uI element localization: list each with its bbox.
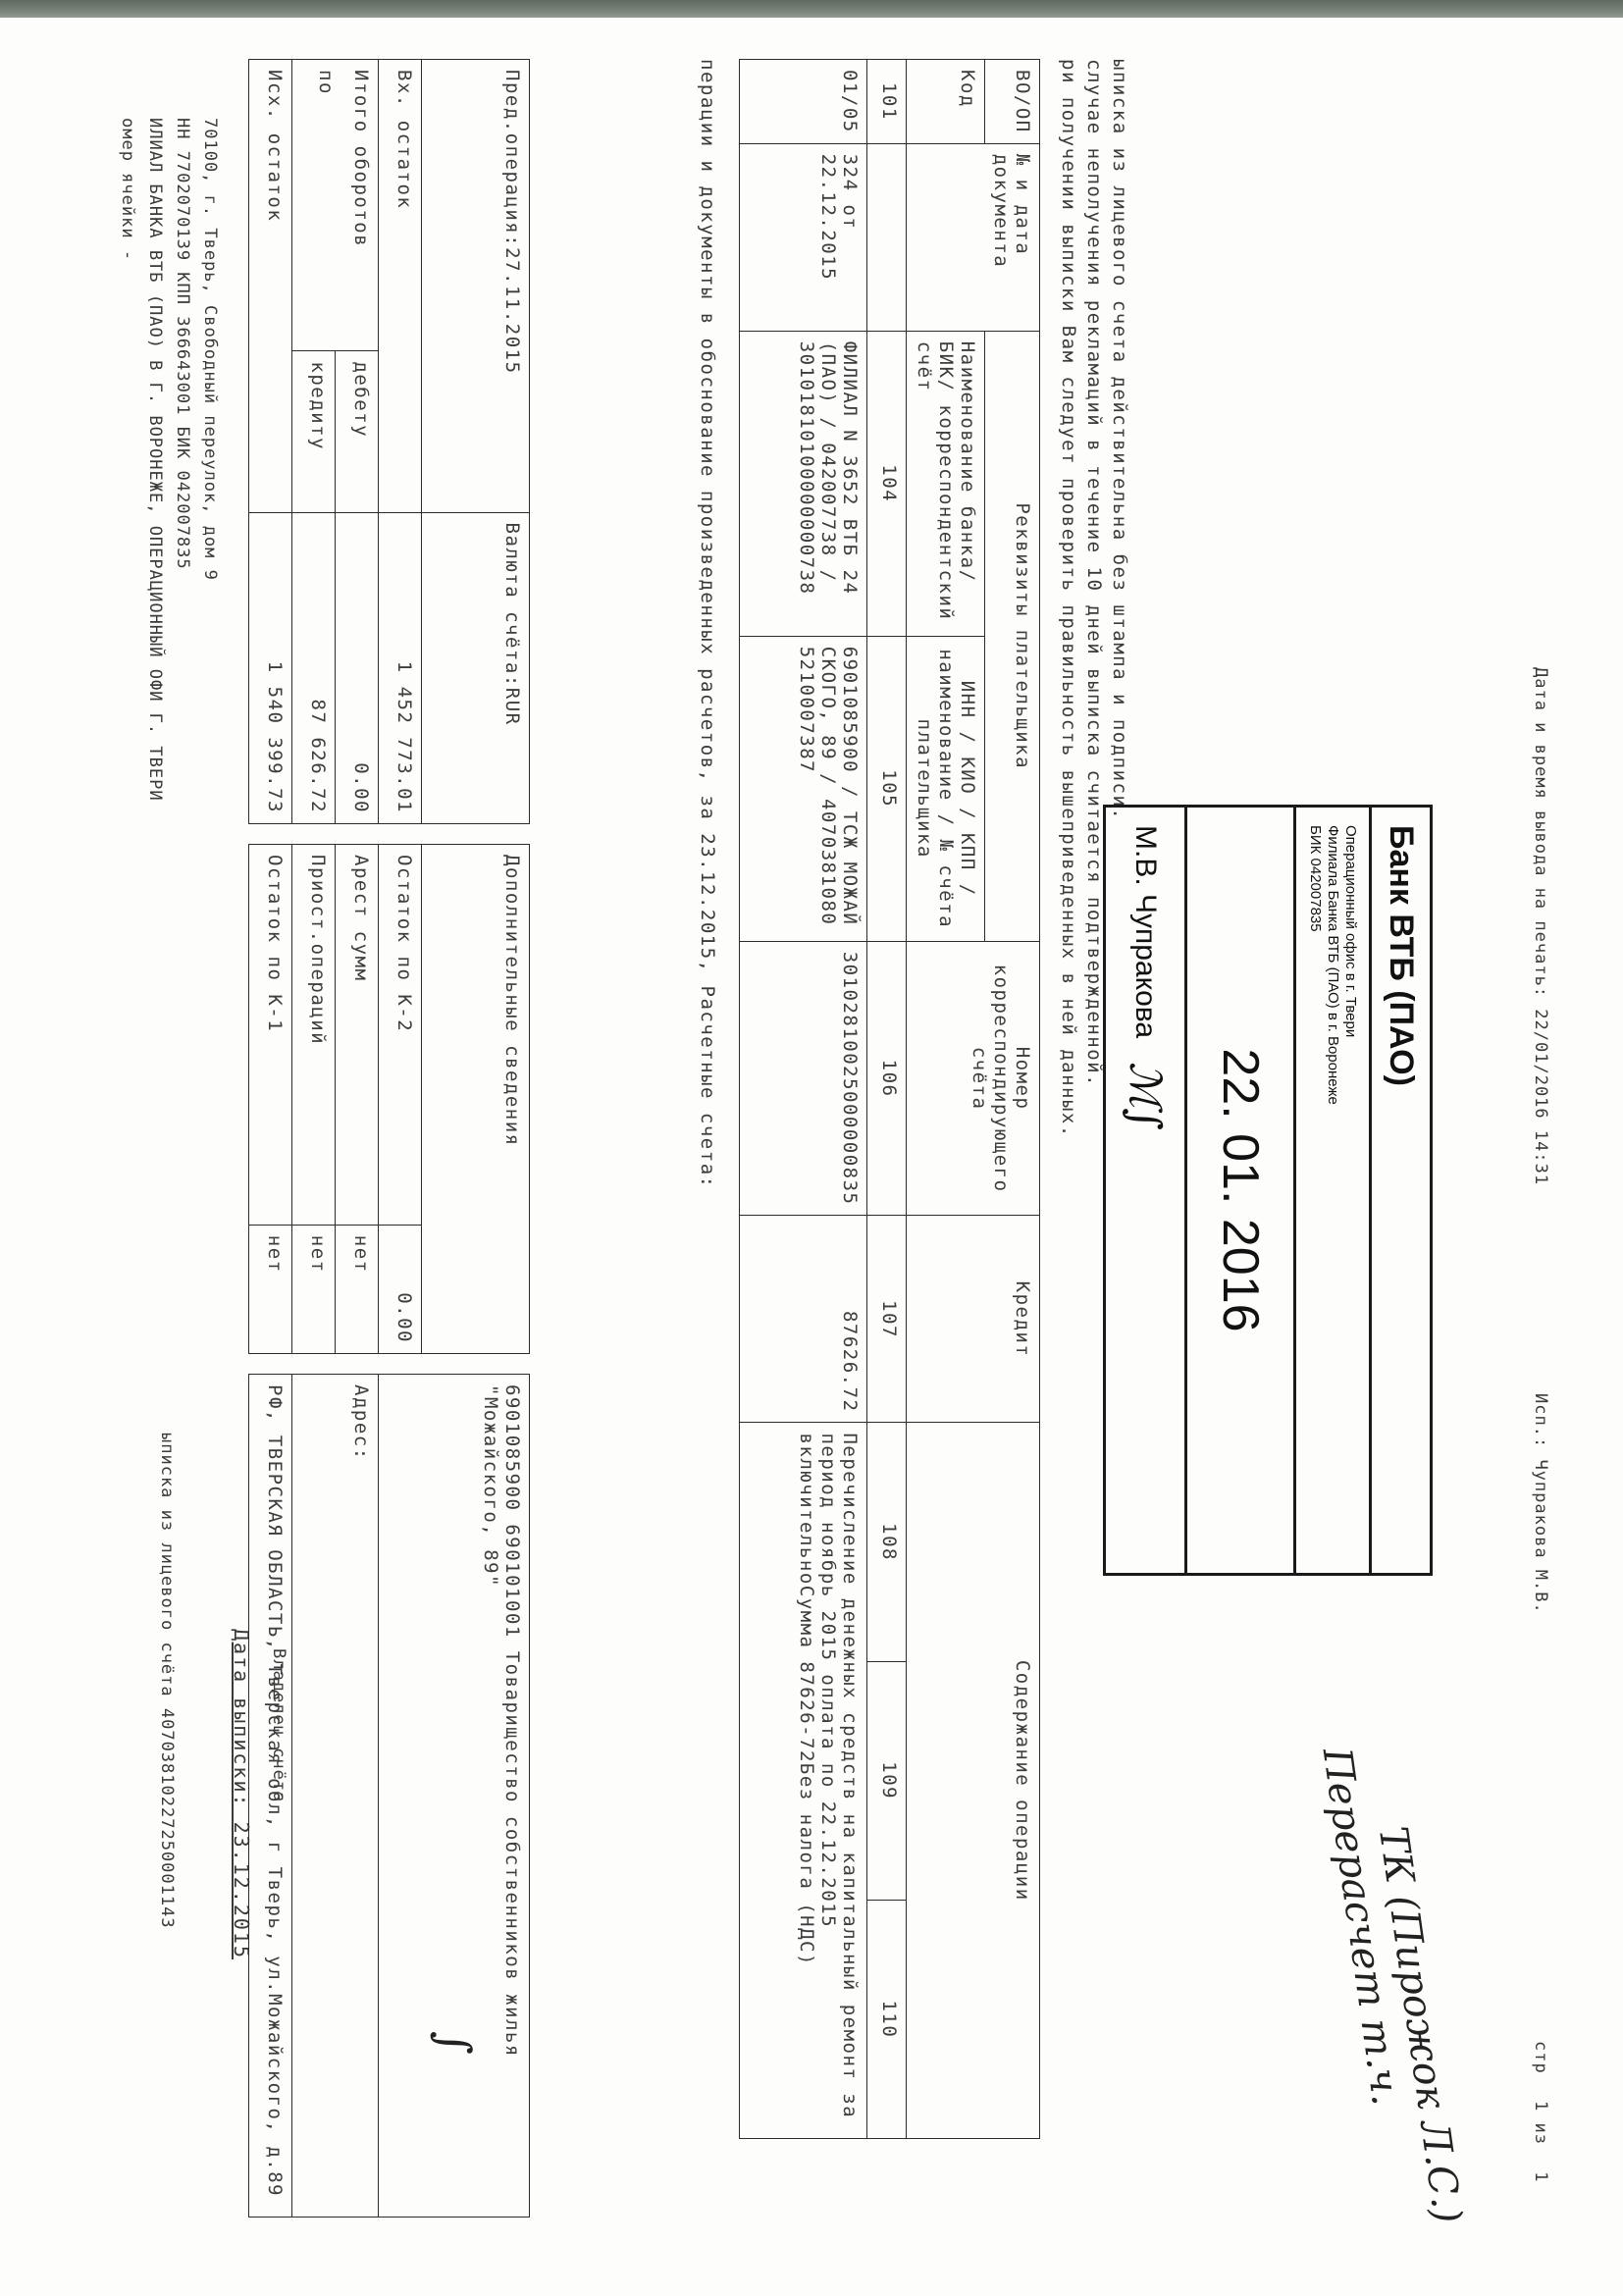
header-doc: № и дата документа [907, 143, 1040, 331]
turnover-label-text: Итого оборотов [350, 70, 372, 340]
operations-table: ВО/ОП № и дата документа Реквизиты плате… [739, 59, 1040, 2139]
credit-value: 87 626.72 [292, 512, 336, 823]
inn-line: НН 7702070139 КПП 366643001 БИК 04200783… [173, 118, 192, 570]
notice-line-2: случае неполучения рекламаций в течение … [1083, 59, 1105, 1087]
additional-info-table: Дополнительные сведения Остаток по К-2 0… [248, 844, 530, 1354]
operations-caption: перации и документы в обоснование произв… [697, 59, 718, 1189]
row-vo-op: 01/05 [740, 60, 867, 144]
cell-number-label: омер ячейки - [118, 118, 137, 261]
debit-value: 0.00 [336, 512, 379, 823]
row-doc: 324 от 22.12.2015 [740, 143, 867, 331]
page-current: 1 [1531, 2101, 1550, 2112]
print-datetime: Дата и время вывода на печать: 22/01/201… [1531, 667, 1550, 1185]
k1-value: нет [249, 1225, 292, 1353]
arrest-value: нет [336, 1225, 379, 1353]
balance-table: Пред.операция:27.11.2015 Валюта счёта:RU… [248, 59, 530, 824]
stamp-date: 22. 01. 2016 [1184, 808, 1293, 1573]
stamp-office-line-2: Филиала Банка ВТБ (ПАО) в г. Воронеже [1324, 825, 1341, 1555]
header-credit: Кредит [907, 1216, 1040, 1423]
opening-balance-label: Вх. остаток [379, 60, 422, 513]
header-vo-op: ВО/ОП [985, 60, 1040, 144]
address-line: 70100, г. Тверь, Свободный переулок, дом… [200, 118, 220, 581]
row-payer: 6901085900 / ТСЖ МОЖАЙСКОГО, 89 / 407038… [740, 636, 867, 941]
header-corr-account: Номер корреспондирующего счёта [907, 941, 1040, 1216]
executor: Исп.: Чупракова М.В. [1531, 1393, 1550, 1614]
page-label: стр [1531, 2041, 1550, 2074]
notice-line-3: ыписка из лицевого счета действительна б… [1109, 59, 1130, 820]
currency: Валюта счёта:RUR [422, 512, 530, 823]
turnover-by-label: по [315, 70, 337, 340]
k2-label: Остаток по К-2 [379, 845, 422, 1226]
bank-stamp: Банк ВТБ (ПАО) Операционный офис в г. Тв… [1103, 805, 1433, 1576]
opening-balance: 1 452 773.01 [379, 512, 422, 823]
row-credit: 87626.72 [740, 1216, 867, 1423]
stamp-office-line-3: БИК 042007835 [1306, 825, 1324, 1555]
suspend-value: нет [292, 1225, 336, 1353]
header-inn-name: ИНН / КИО / КПП / наименование / № счёта… [907, 636, 985, 941]
additional-info-header: Дополнительные сведения [422, 845, 530, 1354]
credit-label: кредиту [292, 351, 336, 512]
owner-value: 6901085900 690101001 Товарищество собств… [379, 1375, 530, 2218]
code-105: 105 [867, 636, 907, 941]
page-of: из [1531, 2122, 1550, 2144]
arrest-label: Арест сумм [336, 845, 379, 1226]
row-bank: ФИЛИАЛ N 3652 ВТБ 24 (ПАО) / 042007738 /… [740, 331, 867, 636]
bank-line: ИЛИАЛ БАНКА ВТБ (ПАО) В Г. ВОРОНЕЖЕ, ОПЕ… [145, 118, 165, 802]
header-payer-requisites: Реквизиты плательщика [985, 331, 1040, 941]
executor-label: Исп.: [1531, 1393, 1550, 1448]
stamp-office-line-1: Операционный офис в г. Твери [1341, 825, 1359, 1555]
stamp-bank: Банк ВТБ (ПАО) [1369, 808, 1430, 1573]
code-106: 106 [867, 941, 907, 1216]
closing-balance: 1 540 399.73 [249, 512, 292, 823]
code-104: 104 [867, 331, 907, 636]
suspend-label: Приост.операций [292, 845, 336, 1226]
row-content: Перечисление денежных средств на капитал… [740, 1423, 867, 2139]
statement-title: ыписка из лицевого счёта 407038102272500… [157, 1433, 177, 1929]
code-107: 107 [867, 1216, 907, 1423]
address-label: Адрес: [292, 1375, 379, 2218]
page-total: 1 [1531, 2171, 1550, 2182]
header-bank-name: Наименование банка/БИК/ корреспондентски… [907, 331, 985, 636]
print-datetime-value: 22/01/2016 14:31 [1531, 1009, 1550, 1185]
handwritten-mark: ∫ [428, 2031, 481, 2055]
print-datetime-label: Дата и время вывода на печать: [1531, 667, 1550, 998]
k2-value: 0.00 [379, 1225, 422, 1353]
signature-icon: ℳ∫ [1121, 1062, 1171, 1130]
code-110: 110 [867, 1900, 907, 2138]
turnover-label: Итого оборотов по [292, 60, 379, 351]
owner-table: 6901085900 690101001 Товарищество собств… [248, 1374, 530, 2218]
k1-label: Остаток по К-1 [249, 845, 292, 1226]
stamp-officer-name: М.В. Чупракова [1128, 825, 1162, 1038]
codes-row: 101 104 105 106 107 108 109 110 [867, 60, 907, 2139]
executor-value: Чупракова М.В. [1531, 1459, 1550, 1613]
prev-operation: Пред.операция:27.11.2015 [422, 60, 530, 513]
scan-edge [0, 0, 1623, 18]
address-value: РФ, ТВЕРСКАЯ ОБЛАСТЬ, Тверская обл, г Тв… [249, 1375, 292, 2218]
code-109: 109 [867, 1661, 907, 1900]
notice-line-1: ри получении выписки Вам следует провери… [1058, 59, 1079, 1138]
row-corr-account: 30102810025000000835 [740, 941, 867, 1216]
stamp-office: Операционный офис в г. Твери Филиала Бан… [1293, 808, 1369, 1573]
bank-statement-page: омер ячейки - ИЛИАЛ БАНКА ВТБ (ПАО) В Г.… [39, 59, 1590, 2257]
code-108: 108 [867, 1423, 907, 1661]
debit-label: дебету [336, 351, 379, 512]
code-101: 101 [867, 60, 907, 144]
table-row: 01/05 324 от 22.12.2015 ФИЛИАЛ N 3652 ВТ… [740, 60, 867, 2139]
header-code: Код [907, 60, 985, 144]
closing-balance-label: Исх. остаток [249, 60, 292, 513]
header-content: Содержание операции [907, 1423, 1040, 2139]
stamp-officer: М.В. Чупракова ℳ∫ [1106, 808, 1184, 1573]
page-number: стр 1 из 1 [1531, 2041, 1550, 2182]
